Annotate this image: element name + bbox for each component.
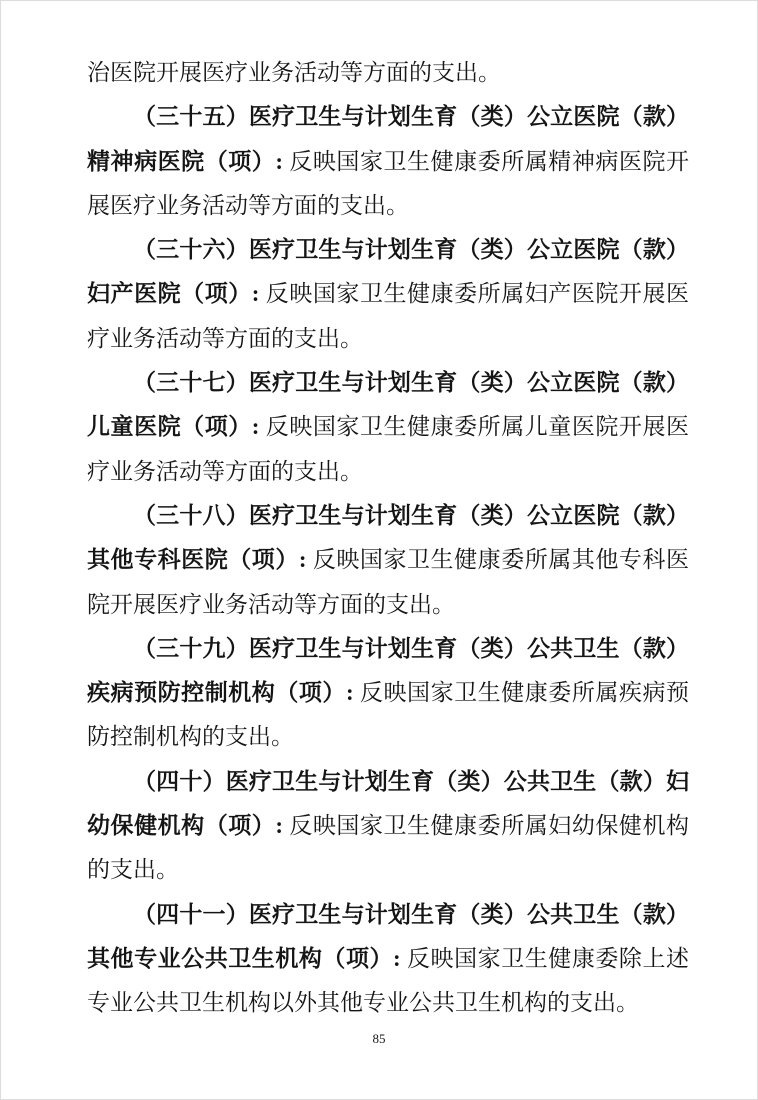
- paragraph-item-36: （三十六）医疗卫生与计划生育（类）公立医院（款）妇产医院（项）: 反映国家卫生健…: [87, 228, 689, 361]
- paragraph-item-39: （三十九）医疗卫生与计划生育（类）公共卫生（款）疾病预防控制机构（项）: 反映国…: [87, 627, 689, 760]
- page-footer: 85: [1, 1031, 757, 1047]
- paragraph-item-37: （三十七）医疗卫生与计划生育（类）公立医院（款）儿童医院（项）: 反映国家卫生健…: [87, 361, 689, 494]
- paragraph-item-35: （三十五）医疗卫生与计划生育（类）公立医院（款）精神病医院（项）: 反映国家卫生…: [87, 95, 689, 228]
- paragraph-item-41: （四十一）医疗卫生与计划生育（类）公共卫生（款）其他专业公共卫生机构（项）: 反…: [87, 893, 689, 1026]
- paragraph-continuation: 治医院开展医疗业务活动等方面的支出。: [87, 51, 689, 95]
- body-text: 治医院开展医疗业务活动等方面的支出。: [87, 60, 501, 85]
- document-page: 治医院开展医疗业务活动等方面的支出。 （三十五）医疗卫生与计划生育（类）公立医院…: [0, 0, 758, 1100]
- page-number: 85: [373, 1031, 386, 1046]
- paragraph-item-38: （三十八）医疗卫生与计划生育（类）公立医院（款）其他专科医院（项）: 反映国家卫…: [87, 494, 689, 627]
- paragraph-item-40: （四十）医疗卫生与计划生育（类）公共卫生（款）妇幼保健机构（项）: 反映国家卫生…: [87, 760, 689, 893]
- document-body: 治医院开展医疗业务活动等方面的支出。 （三十五）医疗卫生与计划生育（类）公立医院…: [87, 51, 689, 1026]
